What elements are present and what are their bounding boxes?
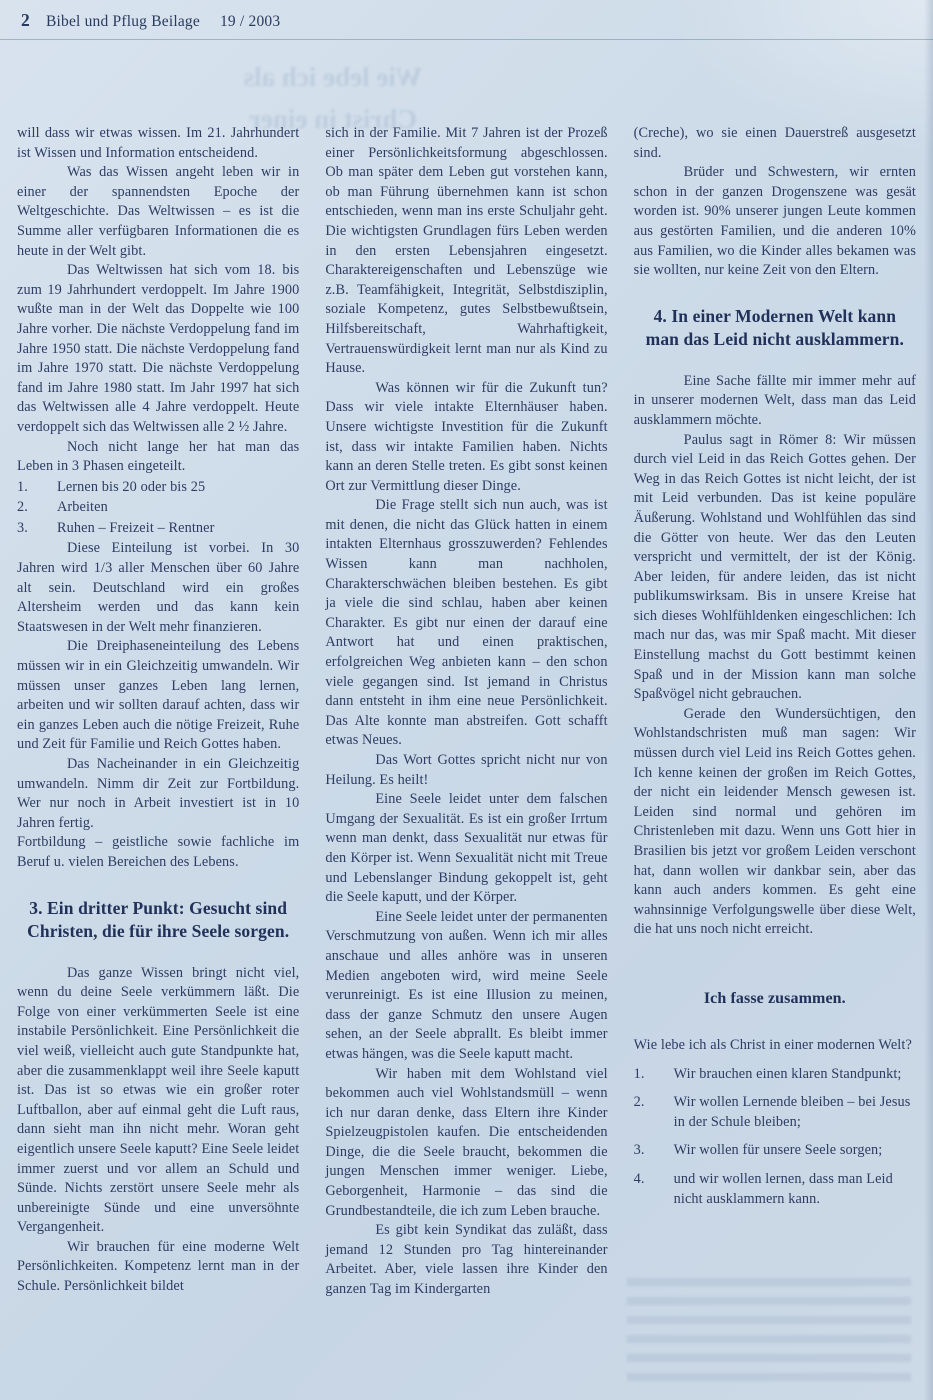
list-item: 4.und wir wollen lernen, dass man Leid n… <box>634 1170 916 1209</box>
paragraph: Noch nicht lange her hat man das Leben i… <box>17 438 299 477</box>
list-number: 1. <box>634 1065 674 1085</box>
list-item: 3.Wir wollen für unsere Seele sorgen; <box>634 1141 916 1161</box>
text-column-1: will dass wir etwas wissen. Im 21. Jahrh… <box>17 124 299 1300</box>
paragraph: Es gibt kein Syndikat das zuläßt, dass j… <box>325 1221 607 1299</box>
list-text: und wir wollen lernen, dass man Leid nic… <box>674 1170 916 1209</box>
scanned-newsletter-page: { "colors": { "paper": "#cbd9e7", "ink":… <box>0 0 933 1400</box>
ghost-line: Wie lebe ich als <box>118 56 548 98</box>
list-text: Wir brauchen einen klaren Standpunkt; <box>674 1065 916 1085</box>
paragraph: Das ganze Wissen bringt nicht viel, wenn… <box>17 964 299 1238</box>
list-text: Ruhen – Freizeit – Rentner <box>57 519 299 539</box>
paragraph: Das Weltwissen hat sich vom 18. bis zum … <box>17 261 299 437</box>
text-column-2: sich in der Familie. Mit 7 Jahren ist de… <box>325 124 607 1300</box>
paragraph: Diese Einteilung ist vorbei. In 30 Jahre… <box>17 539 299 637</box>
paragraph: Die Frage stellt sich nun auch, was ist … <box>325 496 607 751</box>
paragraph: Was können wir für die Zukunft tun? Dass… <box>325 379 607 497</box>
page-edge-shadow <box>924 0 933 1400</box>
paragraph: Wir brauchen für eine moderne Welt Persö… <box>17 1238 299 1297</box>
list-text: Wir wollen Lernende bleiben – bei Jesus … <box>674 1093 916 1132</box>
list-text: Lernen bis 20 oder bis 25 <box>57 478 299 498</box>
paragraph: Brüder und Schwestern, wir ernten schon … <box>634 163 916 281</box>
paragraph: Das Wort Gottes spricht nicht nur von He… <box>325 751 607 790</box>
list-number: 3. <box>17 519 57 539</box>
summary-heading: Ich fasse zusammen. <box>634 988 916 1009</box>
list-item: 2.Wir wollen Lernende bleiben – bei Jesu… <box>634 1093 916 1132</box>
paragraph: Fortbildung – geistliche sowie fachliche… <box>17 833 299 872</box>
journal-title: Bibel und Pflug Beilage <box>46 13 200 30</box>
list-item: 1.Wir brauchen einen klaren Standpunkt; <box>634 1065 916 1085</box>
section-heading: 4. In einer Modernen Welt kann man das L… <box>638 305 912 352</box>
paragraph: will dass wir etwas wissen. Im 21. Jahrh… <box>17 124 299 163</box>
paragraph: Eine Sache fällte mir immer mehr auf in … <box>634 372 916 431</box>
list-text: Arbeiten <box>57 498 299 518</box>
paragraph: Gerade den Wundersüchtigen, den Wohlstan… <box>634 705 916 940</box>
text-column-3: (Creche), wo sie einen Dauerstreß ausges… <box>634 124 916 1300</box>
list-item: 2.Arbeiten <box>17 498 299 518</box>
paragraph: Eine Seele leidet unter der permanenten … <box>325 908 607 1065</box>
list-number: 3. <box>634 1141 674 1161</box>
list-number: 2. <box>17 498 57 518</box>
list-number: 2. <box>634 1093 674 1132</box>
paragraph: Wie lebe ich als Christ in einer moderne… <box>634 1036 916 1056</box>
article-columns: will dass wir etwas wissen. Im 21. Jahrh… <box>17 124 916 1300</box>
paragraph: Was das Wissen angeht leben wir in einer… <box>17 163 299 261</box>
header-rule <box>0 39 933 40</box>
list-number: 1. <box>17 478 57 498</box>
list-item: 3.Ruhen – Freizeit – Rentner <box>17 519 299 539</box>
list-item: 1.Lernen bis 20 oder bis 25 <box>17 478 299 498</box>
paragraph: Paulus sagt in Römer 8: Wir müssen durch… <box>634 431 916 705</box>
paragraph: sich in der Familie. Mit 7 Jahren ist de… <box>325 124 607 379</box>
paragraph: Das Nacheinander in ein Gleichzeitig umw… <box>17 755 299 833</box>
paragraph: Die Dreiphaseneinteilung des Lebens müss… <box>17 637 299 755</box>
list-text: Wir wollen für unsere Seele sorgen; <box>674 1141 916 1161</box>
page-header: 2Bibel und Pflug Beilage19 / 2003 <box>21 10 912 31</box>
page-number: 2 <box>21 10 30 30</box>
paragraph: Wir haben mit dem Wohlstand viel bekomme… <box>325 1065 607 1222</box>
list-number: 4. <box>634 1170 674 1209</box>
issue-number: 19 / 2003 <box>220 13 280 30</box>
section-heading: 3. Ein dritter Punkt: Gesucht sind Chris… <box>21 897 295 944</box>
paragraph: (Creche), wo sie einen Dauerstreß ausges… <box>634 124 916 163</box>
paragraph: Eine Seele leidet unter dem falschen Umg… <box>325 790 607 908</box>
